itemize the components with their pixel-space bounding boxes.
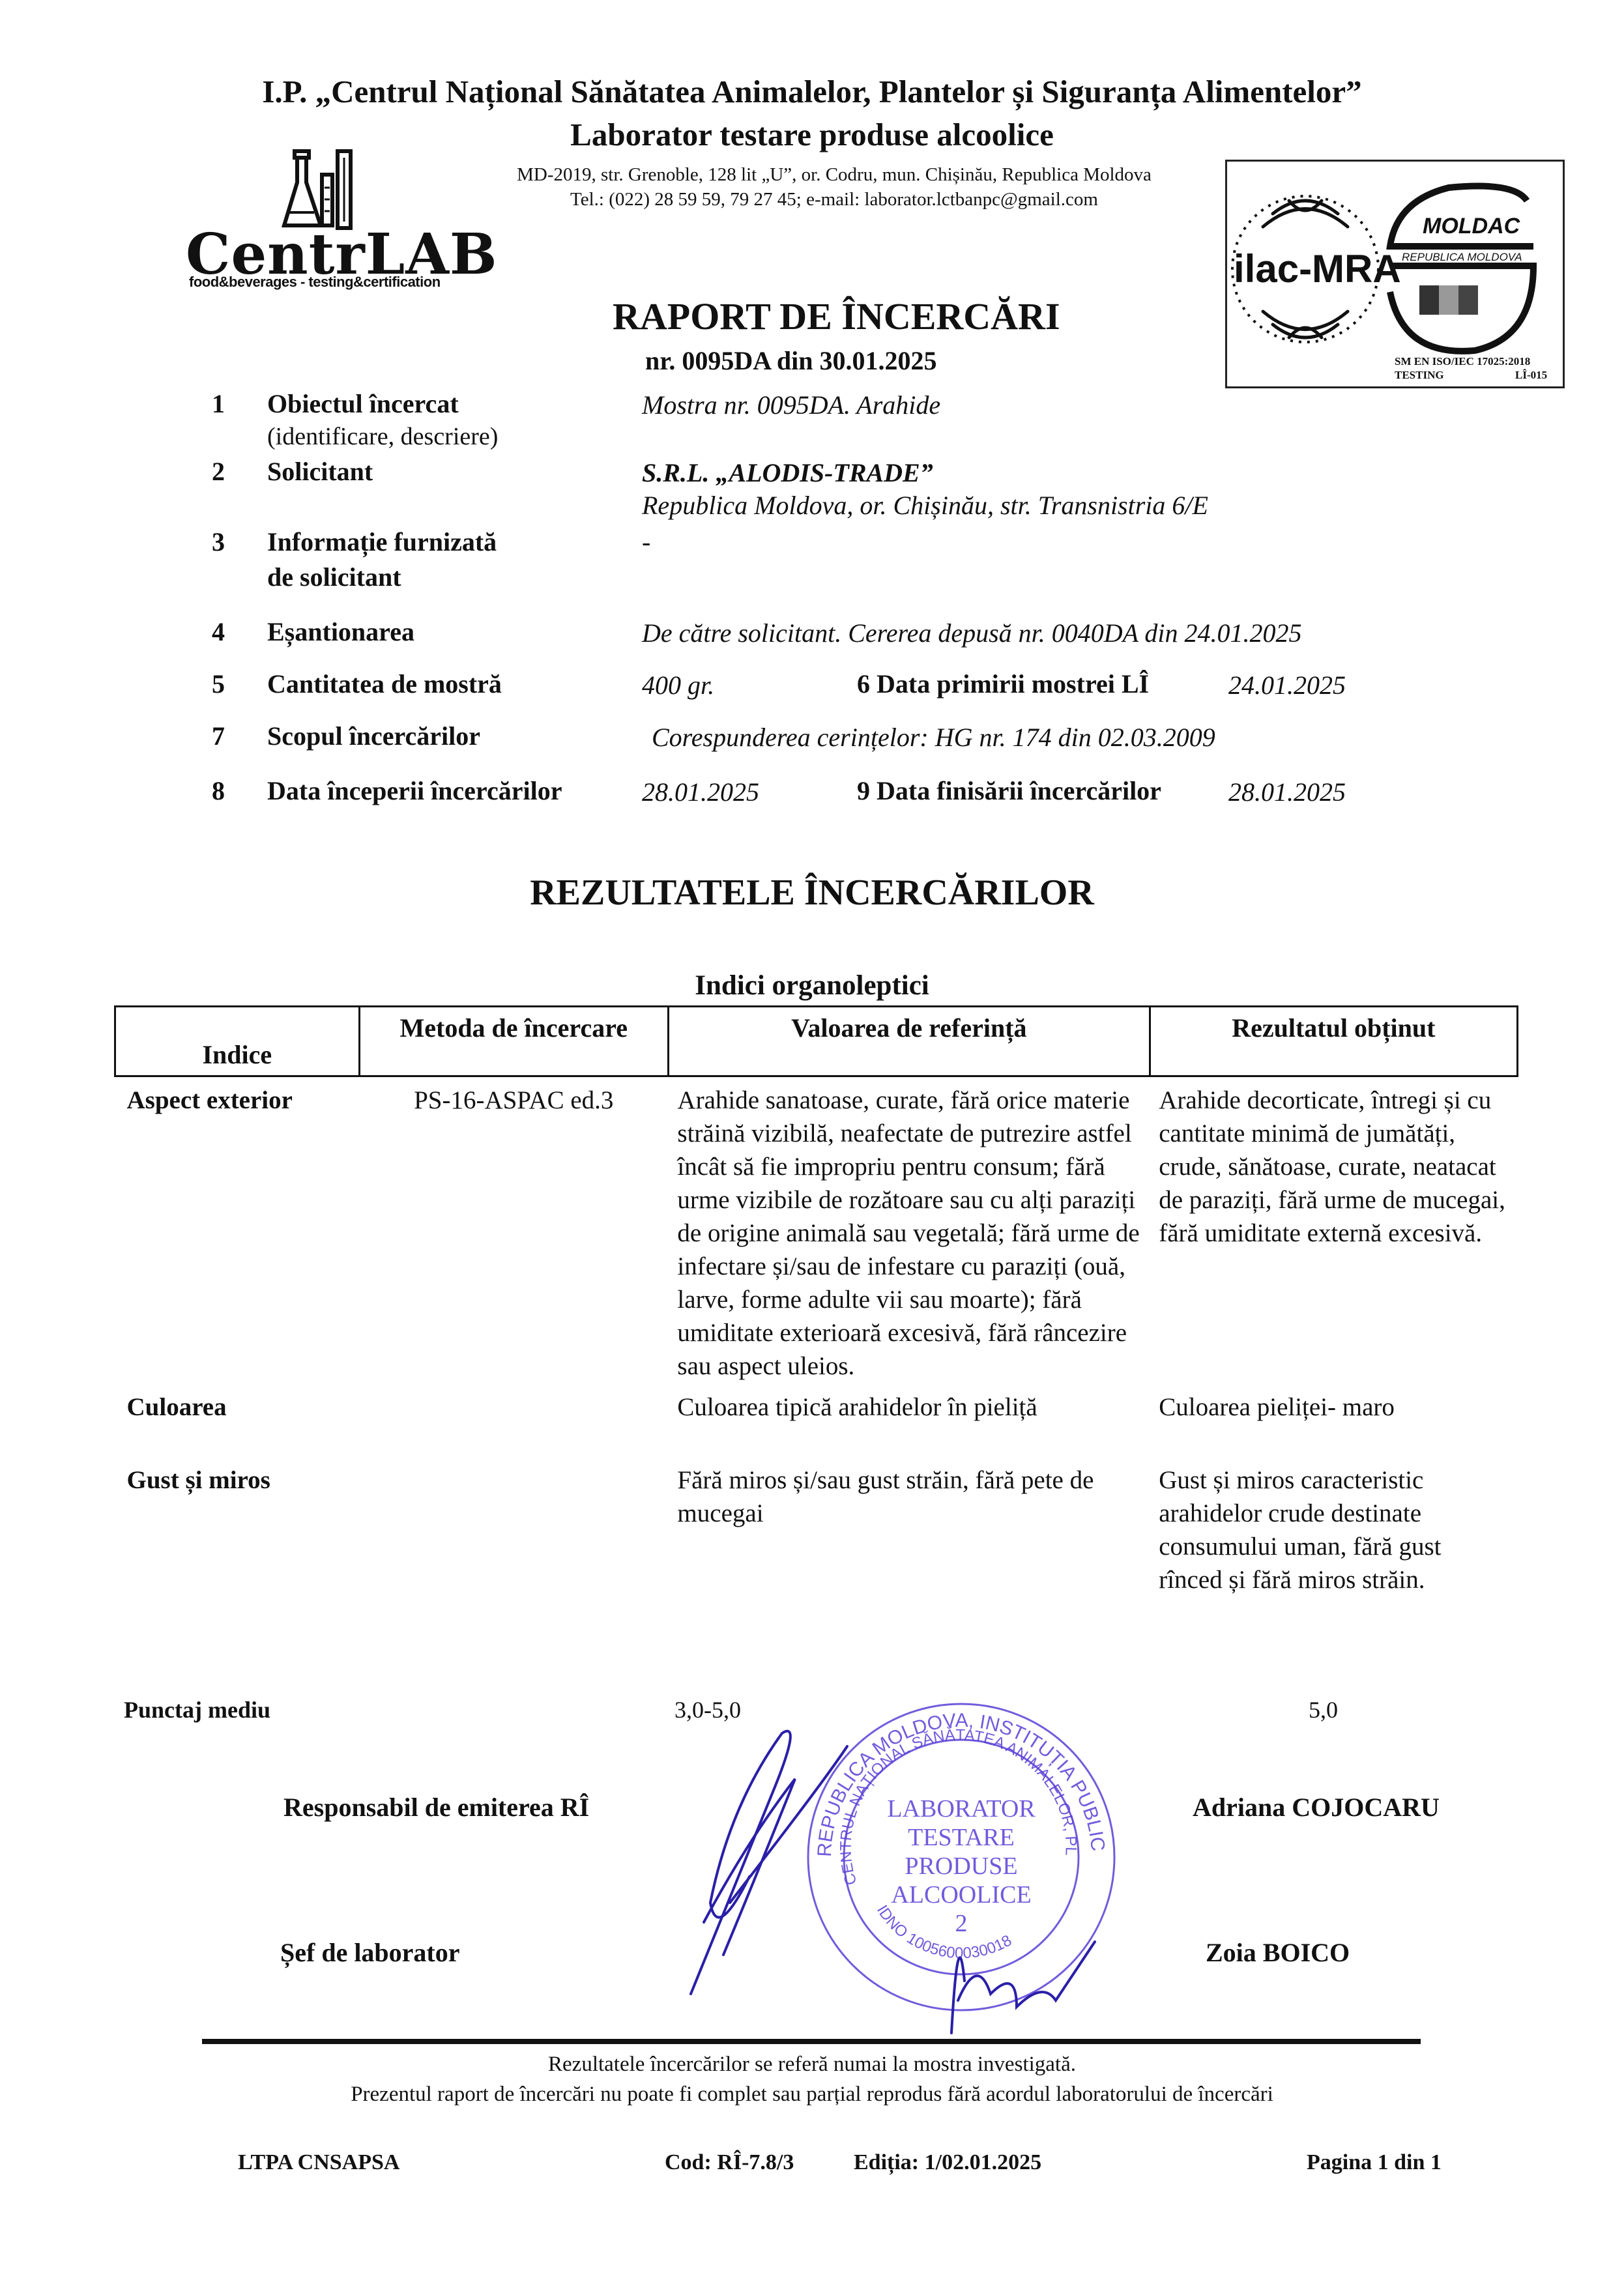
- disclaimer-line-1: Rezultatele încercărilor se referă numai…: [0, 2053, 1624, 2077]
- info-num-5: 5: [212, 669, 225, 699]
- svg-text:REPUBLICA MOLDOVA: REPUBLICA MOLDOVA: [1402, 251, 1522, 263]
- info-label-applicant: Solicitant: [267, 456, 373, 487]
- flask-logo-icon: [280, 149, 384, 233]
- column-header-method: Metoda de încercare: [359, 1007, 668, 1076]
- cell-method: PS-16-ASPAC ed.3: [359, 1076, 668, 1387]
- footer-page-number: Pagina 1 din 1: [1307, 2150, 1442, 2175]
- cell-reference: Culoarea tipică arahidelor în pieliță: [668, 1387, 1150, 1460]
- cell-indice: Culoarea: [115, 1387, 360, 1460]
- info-num-3: 3: [212, 526, 225, 557]
- info-num-1: 1: [212, 388, 225, 419]
- svg-text:ilac-MRA: ilac-MRA: [1234, 247, 1401, 291]
- info-label-sampling: Eșantionarea: [267, 616, 414, 647]
- cell-method: [359, 1387, 668, 1460]
- info-value-end-date: 28.01.2025: [1228, 777, 1346, 807]
- results-table: Indice Metoda de încercare Valoarea de r…: [114, 1005, 1518, 1600]
- info-label-provided-info: Informație furnizată: [267, 526, 497, 557]
- info-sublabel-object: (identificare, descriere): [267, 422, 498, 451]
- head-label: Șef de laborator: [280, 1937, 460, 1968]
- info-value-object: Mostra nr. 0095DA. Arahide: [642, 390, 940, 420]
- column-header-indice: Indice: [115, 1007, 360, 1076]
- issuer-name: Adriana COJOCARU: [1193, 1792, 1440, 1823]
- info-value-quantity: 400 gr.: [642, 670, 714, 700]
- ilac-moldac-logo-icon: ilac-MRA MOLDAC REPUBLICA MOLDOVA: [1227, 162, 1563, 386]
- section-title: Indici organoleptici: [0, 970, 1624, 1002]
- report-title: RAPORT DE ÎNCERCĂRI: [613, 295, 1060, 338]
- info-num-4: 4: [212, 616, 225, 647]
- info-label-received-date: 6 Data primirii mostrei LÎ: [857, 669, 1149, 699]
- info-value-start-date: 28.01.2025: [642, 777, 759, 807]
- info-label-end-date: 9 Data finisării încercărilor: [857, 775, 1161, 806]
- address-line: MD-2019, str. Grenoble, 128 lit „U”, or.…: [391, 164, 1277, 186]
- logo-tagline: food&beverages - testing&certification: [189, 274, 441, 291]
- info-value-received-date: 24.01.2025: [1228, 670, 1346, 700]
- results-title: REZULTATELE ÎNCERCĂRILOR: [0, 872, 1624, 914]
- info-num-7: 7: [212, 721, 225, 751]
- info-value-sampling: De către solicitant. Cererea depusă nr. …: [642, 618, 1302, 648]
- footer-divider: [202, 2039, 1421, 2044]
- cell-indice: Aspect exterior: [115, 1076, 360, 1387]
- disclaimer-line-2: Prezentul raport de încercări nu poate f…: [0, 2083, 1624, 2107]
- contact-line: Tel.: (022) 28 59 59, 79 27 45; e-mail: …: [391, 189, 1277, 210]
- report-number: nr. 0095DA din 30.01.2025: [645, 345, 937, 376]
- handwritten-signatures-icon: [652, 1707, 1173, 2046]
- info-label-scope: Scopul încercărilor: [267, 721, 480, 751]
- score-result: 5,0: [1309, 1696, 1338, 1723]
- column-header-result: Rezultatul obținut: [1150, 1007, 1517, 1076]
- cell-result: Gust și miros caracteristic arahidelor c…: [1150, 1460, 1517, 1600]
- accreditation-standard: SM EN ISO/IEC 17025:2018: [1395, 355, 1530, 368]
- cell-result: Arahide decorticate, întregi și cu canti…: [1150, 1076, 1517, 1387]
- info-label-object: Obiectul încercat: [267, 388, 459, 419]
- info-value-provided-info: -: [642, 526, 650, 557]
- info-num-8: 8: [212, 775, 225, 806]
- issuer-label: Responsabil de emiterea RÎ: [283, 1792, 589, 1823]
- organization-title: I.P. „Centrul Național Sănătatea Animale…: [0, 73, 1624, 110]
- laboratory-title: Laborator testare produse alcoolice: [0, 116, 1624, 153]
- footer-edition: Ediția: 1/02.01.2025: [854, 2150, 1041, 2175]
- head-name: Zoia BOICO: [1206, 1937, 1350, 1968]
- table-row: Aspect exterior PS-16-ASPAC ed.3 Arahide…: [115, 1076, 1518, 1387]
- column-header-reference: Valoarea de referință: [668, 1007, 1150, 1076]
- score-label: Punctaj mediu: [124, 1696, 270, 1723]
- accreditation-type: TESTING: [1395, 369, 1444, 382]
- info-label-quantity: Cantitatea de mostră: [267, 669, 502, 699]
- cell-reference: Arahide sanatoase, curate, fără orice ma…: [668, 1076, 1150, 1387]
- svg-text:MOLDAC: MOLDAC: [1423, 214, 1520, 238]
- info-value-scope: Corespunderea cerințelor: HG nr. 174 din…: [652, 722, 1215, 753]
- info-label-start-date: Data începerii încercărilor: [267, 775, 562, 806]
- footer-lab-code: LTPA CNSAPSA: [238, 2150, 399, 2175]
- cell-indice: Gust și miros: [115, 1460, 360, 1600]
- info-label-provided-info-2: de solicitant: [267, 562, 401, 592]
- table-header-row: Indice Metoda de încercare Valoarea de r…: [115, 1007, 1518, 1076]
- footer-document-code: Cod: RÎ-7.8/3: [665, 2150, 794, 2175]
- table-row: Gust și miros Fără miros și/sau gust str…: [115, 1460, 1518, 1600]
- accreditation-code: LÎ-015: [1515, 369, 1547, 382]
- cell-result: Culoarea pieliței- maro: [1150, 1387, 1517, 1460]
- info-value-applicant-address: Republica Moldova, or. Chișinău, str. Tr…: [642, 490, 1208, 521]
- cell-reference: Fără miros și/sau gust străin, fără pete…: [668, 1460, 1150, 1600]
- table-row: Culoarea Culoarea tipică arahidelor în p…: [115, 1387, 1518, 1460]
- info-num-2: 2: [212, 456, 225, 487]
- accreditation-box: ilac-MRA MOLDAC REPUBLICA MOLDOVA: [1225, 160, 1565, 388]
- info-value-applicant: S.R.L. „ALODIS-TRADE”: [642, 457, 933, 488]
- cell-method: [359, 1460, 668, 1600]
